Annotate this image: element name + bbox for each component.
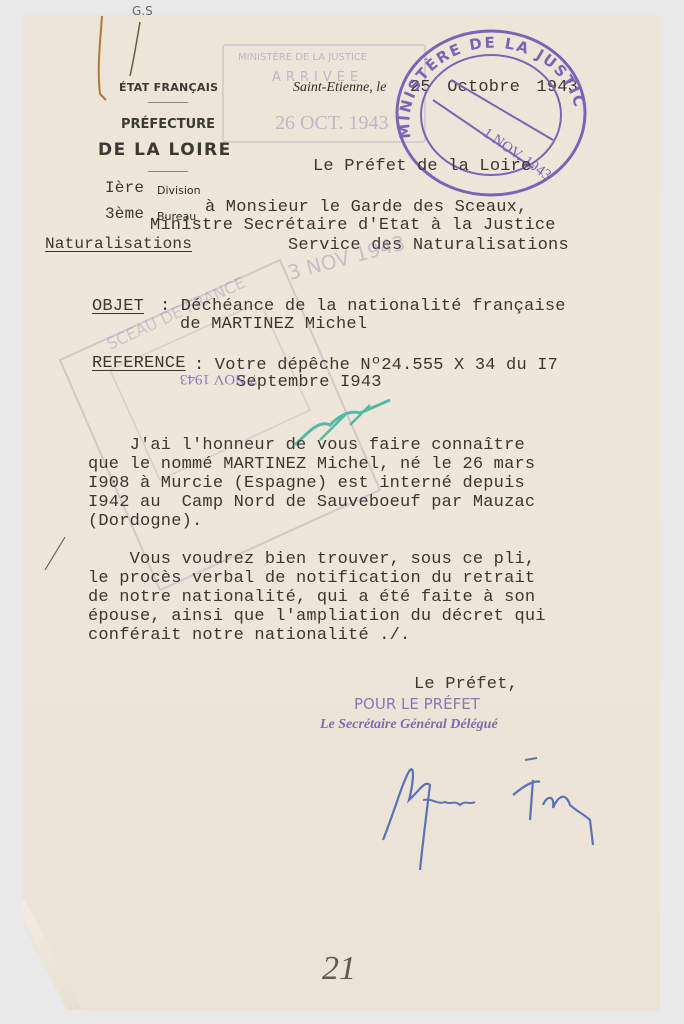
body-line: (Dordogne). xyxy=(88,512,535,531)
top-corner-mark: G.S xyxy=(132,4,153,18)
sender: Le Préfet de la Loire xyxy=(313,157,531,176)
objet-line-2: de MARTINEZ Michel xyxy=(180,315,367,334)
letterhead-divider-2 xyxy=(148,171,188,172)
division-label: Division xyxy=(157,184,201,197)
closing-stamp-line-1: POUR LE PRÉFET xyxy=(354,695,480,713)
objet-line-1: : Déchéance de la nationalité française xyxy=(160,297,566,316)
letterhead-prefecture: PRÉFECTURE xyxy=(121,117,215,132)
received-stamp-date: 7 NOV 1943 xyxy=(180,370,257,387)
body-line: de notre nationalité, qui a été faite à … xyxy=(88,588,546,607)
closing-stamp-line-2: Le Secrétaire Général Délégué xyxy=(320,717,498,733)
letterhead-department: DE LA LOIRE xyxy=(98,140,232,160)
body-paragraph-1: J'ai l'honneur de vous faire connaîtrequ… xyxy=(88,436,535,531)
body-line: que le nommé MARTINEZ Michel, né le 26 m… xyxy=(88,455,535,474)
reference-line-2: Septembre I943 xyxy=(236,373,382,392)
arrival-stamp-date: 26 OCT. 1943 xyxy=(275,112,389,135)
signature xyxy=(375,750,615,890)
letterhead-divider xyxy=(148,102,188,103)
body-line: J'ai l'honneur de vous faire connaître xyxy=(88,436,535,455)
body-paragraph-2: Vous voudrez bien trouver, sous ce pli,l… xyxy=(88,550,546,645)
reference-label: REFERENCE xyxy=(92,354,186,373)
arrival-stamp-ministry: MINISTÈRE DE LA JUSTICE xyxy=(238,52,367,63)
recipient-line-1: à Monsieur le Garde des Sceaux, xyxy=(205,198,527,217)
body-line: Vous voudrez bien trouver, sous ce pli, xyxy=(88,550,546,569)
svg-text:MINISTÈRE DE LA JUSTICE: MINISTÈRE DE LA JUSTICE xyxy=(387,14,589,140)
letterhead-state: ÉTAT FRANÇAIS xyxy=(119,81,218,94)
margin-pencil-mark xyxy=(40,535,70,575)
recipient-line-2: Ministre Secrétaire d'Etat à la Justice xyxy=(150,216,556,235)
dateline-place: Saint-Etienne, le xyxy=(293,80,386,96)
page-number: 21 xyxy=(322,950,356,988)
body-line: épouse, ainsi que l'ampliation du décret… xyxy=(88,607,546,626)
body-line: le procès verbal de notification du retr… xyxy=(88,569,546,588)
objet-label: OBJET xyxy=(92,297,144,316)
body-line: conférait notre nationalité ./. xyxy=(88,626,546,645)
bureau-number: 3ème xyxy=(105,205,144,223)
closing-title: Le Préfet, xyxy=(414,675,518,694)
body-line: I942 au Camp Nord de Sauveboeuf par Mauz… xyxy=(88,493,535,512)
body-line: I908 à Murcie (Espagne) est interné depu… xyxy=(88,474,535,493)
division-number: Ière xyxy=(105,179,144,197)
